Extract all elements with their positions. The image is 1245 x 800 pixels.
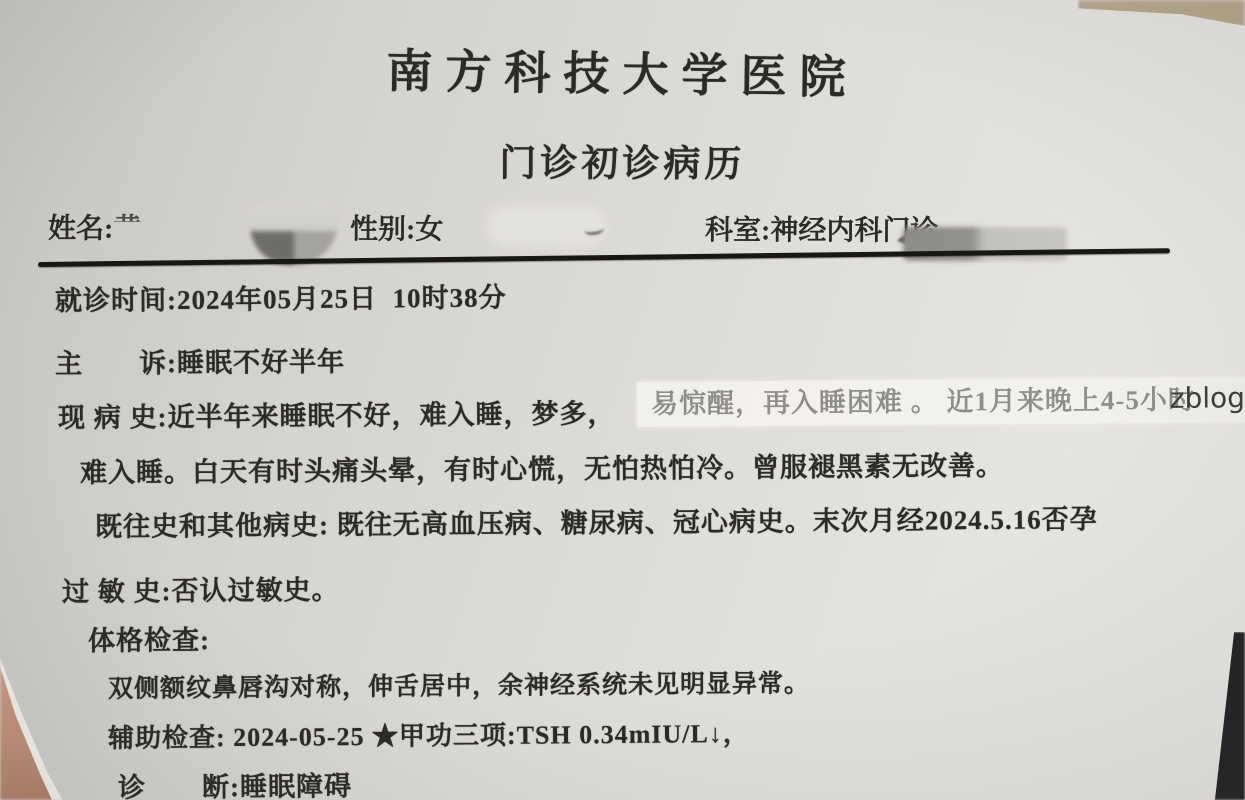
visit-time-value: 2024年05月25日 10时38分 xyxy=(177,282,507,315)
visit-time-label: 就诊时间: xyxy=(55,285,177,316)
chief-complaint-label: 主 诉: xyxy=(55,348,177,379)
name-redaction-blur xyxy=(250,203,338,265)
name-label: 姓名: xyxy=(48,213,113,244)
present-illness-highlighted-text: 易惊醒，再入睡困难 。 近1月来晚上4-5小时 xyxy=(651,378,1196,427)
physical-exam-heading: 体格检查: xyxy=(88,618,210,658)
patient-name-field: 姓名:黄 xyxy=(48,206,141,246)
allergy-label: 过 敏 史: xyxy=(62,576,172,607)
present-illness-label: 现 病 史: xyxy=(58,402,168,433)
name-value-partial: 黄 xyxy=(113,207,141,222)
present-illness-line2: 难入睡。白天有时头痛头晕，有时心慌，无怕热怕冷。曾服褪黑素无改善。 xyxy=(80,444,1004,490)
auxiliary-exam-line: 辅助检查: 2024-05-25 ★甲功三项:TSH 0.34mIU/L↓， xyxy=(108,713,750,755)
present-illness-value: 近半年来睡眠不好，难入睡，梦多， xyxy=(167,399,615,433)
background-top-right-corner xyxy=(1078,0,1245,26)
past-history-value: 既往无高血压病、糖尿病、冠心病史。末次月经2024.5.16否孕 xyxy=(329,504,1098,540)
document-title: 门诊初诊病历 xyxy=(0,130,1245,189)
chief-complaint-value: 睡眠不好半年 xyxy=(177,347,345,378)
past-history-line: 既往史和其他病史: 既往无高血压病、糖尿病、冠心病史。末次月经2024.5.16… xyxy=(95,497,1098,544)
medical-record-photo: 南方科技大学医院 门诊初诊病历 姓名:黄 性别:女 科室:神经内科门诊 就诊时间… xyxy=(0,0,1245,800)
present-illness-line: 现 病 史:近半年来睡眠不好，难入睡，梦多， xyxy=(58,392,616,435)
visit-time-line: 就诊时间:2024年05月25日 10时38分 xyxy=(55,275,507,318)
department-label: 科室: xyxy=(705,215,770,246)
hospital-name: 南方科技大学医院 xyxy=(0,29,1245,112)
chief-complaint-line: 主 诉:睡眠不好半年 xyxy=(55,340,345,381)
diagnosis-line: 诊 断:睡眠障碍 xyxy=(118,764,352,800)
diagnosis-value: 睡眠障碍 xyxy=(240,771,352,800)
patient-gender-field: 性别:女 xyxy=(350,207,443,247)
watermark-highlight-band: 易惊醒，再入睡困难 。 近1月来晚上4-5小时 zblog xyxy=(637,377,1245,427)
allergy-history-line: 过 敏 史:否认过敏史。 xyxy=(62,568,340,609)
zblog-watermark: zblog xyxy=(1170,381,1245,415)
gender-label: 性别: xyxy=(350,214,415,245)
auxiliary-exam-value: 2024-05-25 ★甲功三项:TSH 0.34mIU/L↓， xyxy=(226,719,750,752)
physical-exam-findings: 双侧额纹鼻唇沟对称，伸舌居中，余神经系统未见明显异常。 xyxy=(108,663,810,705)
diagnosis-label: 诊 断: xyxy=(118,772,240,800)
past-history-label: 既往史和其他病史: xyxy=(95,510,329,542)
allergy-value: 否认过敏史。 xyxy=(171,575,339,606)
gender-value: 女 xyxy=(415,214,443,245)
auxiliary-exam-label: 辅助检查: xyxy=(108,723,226,753)
